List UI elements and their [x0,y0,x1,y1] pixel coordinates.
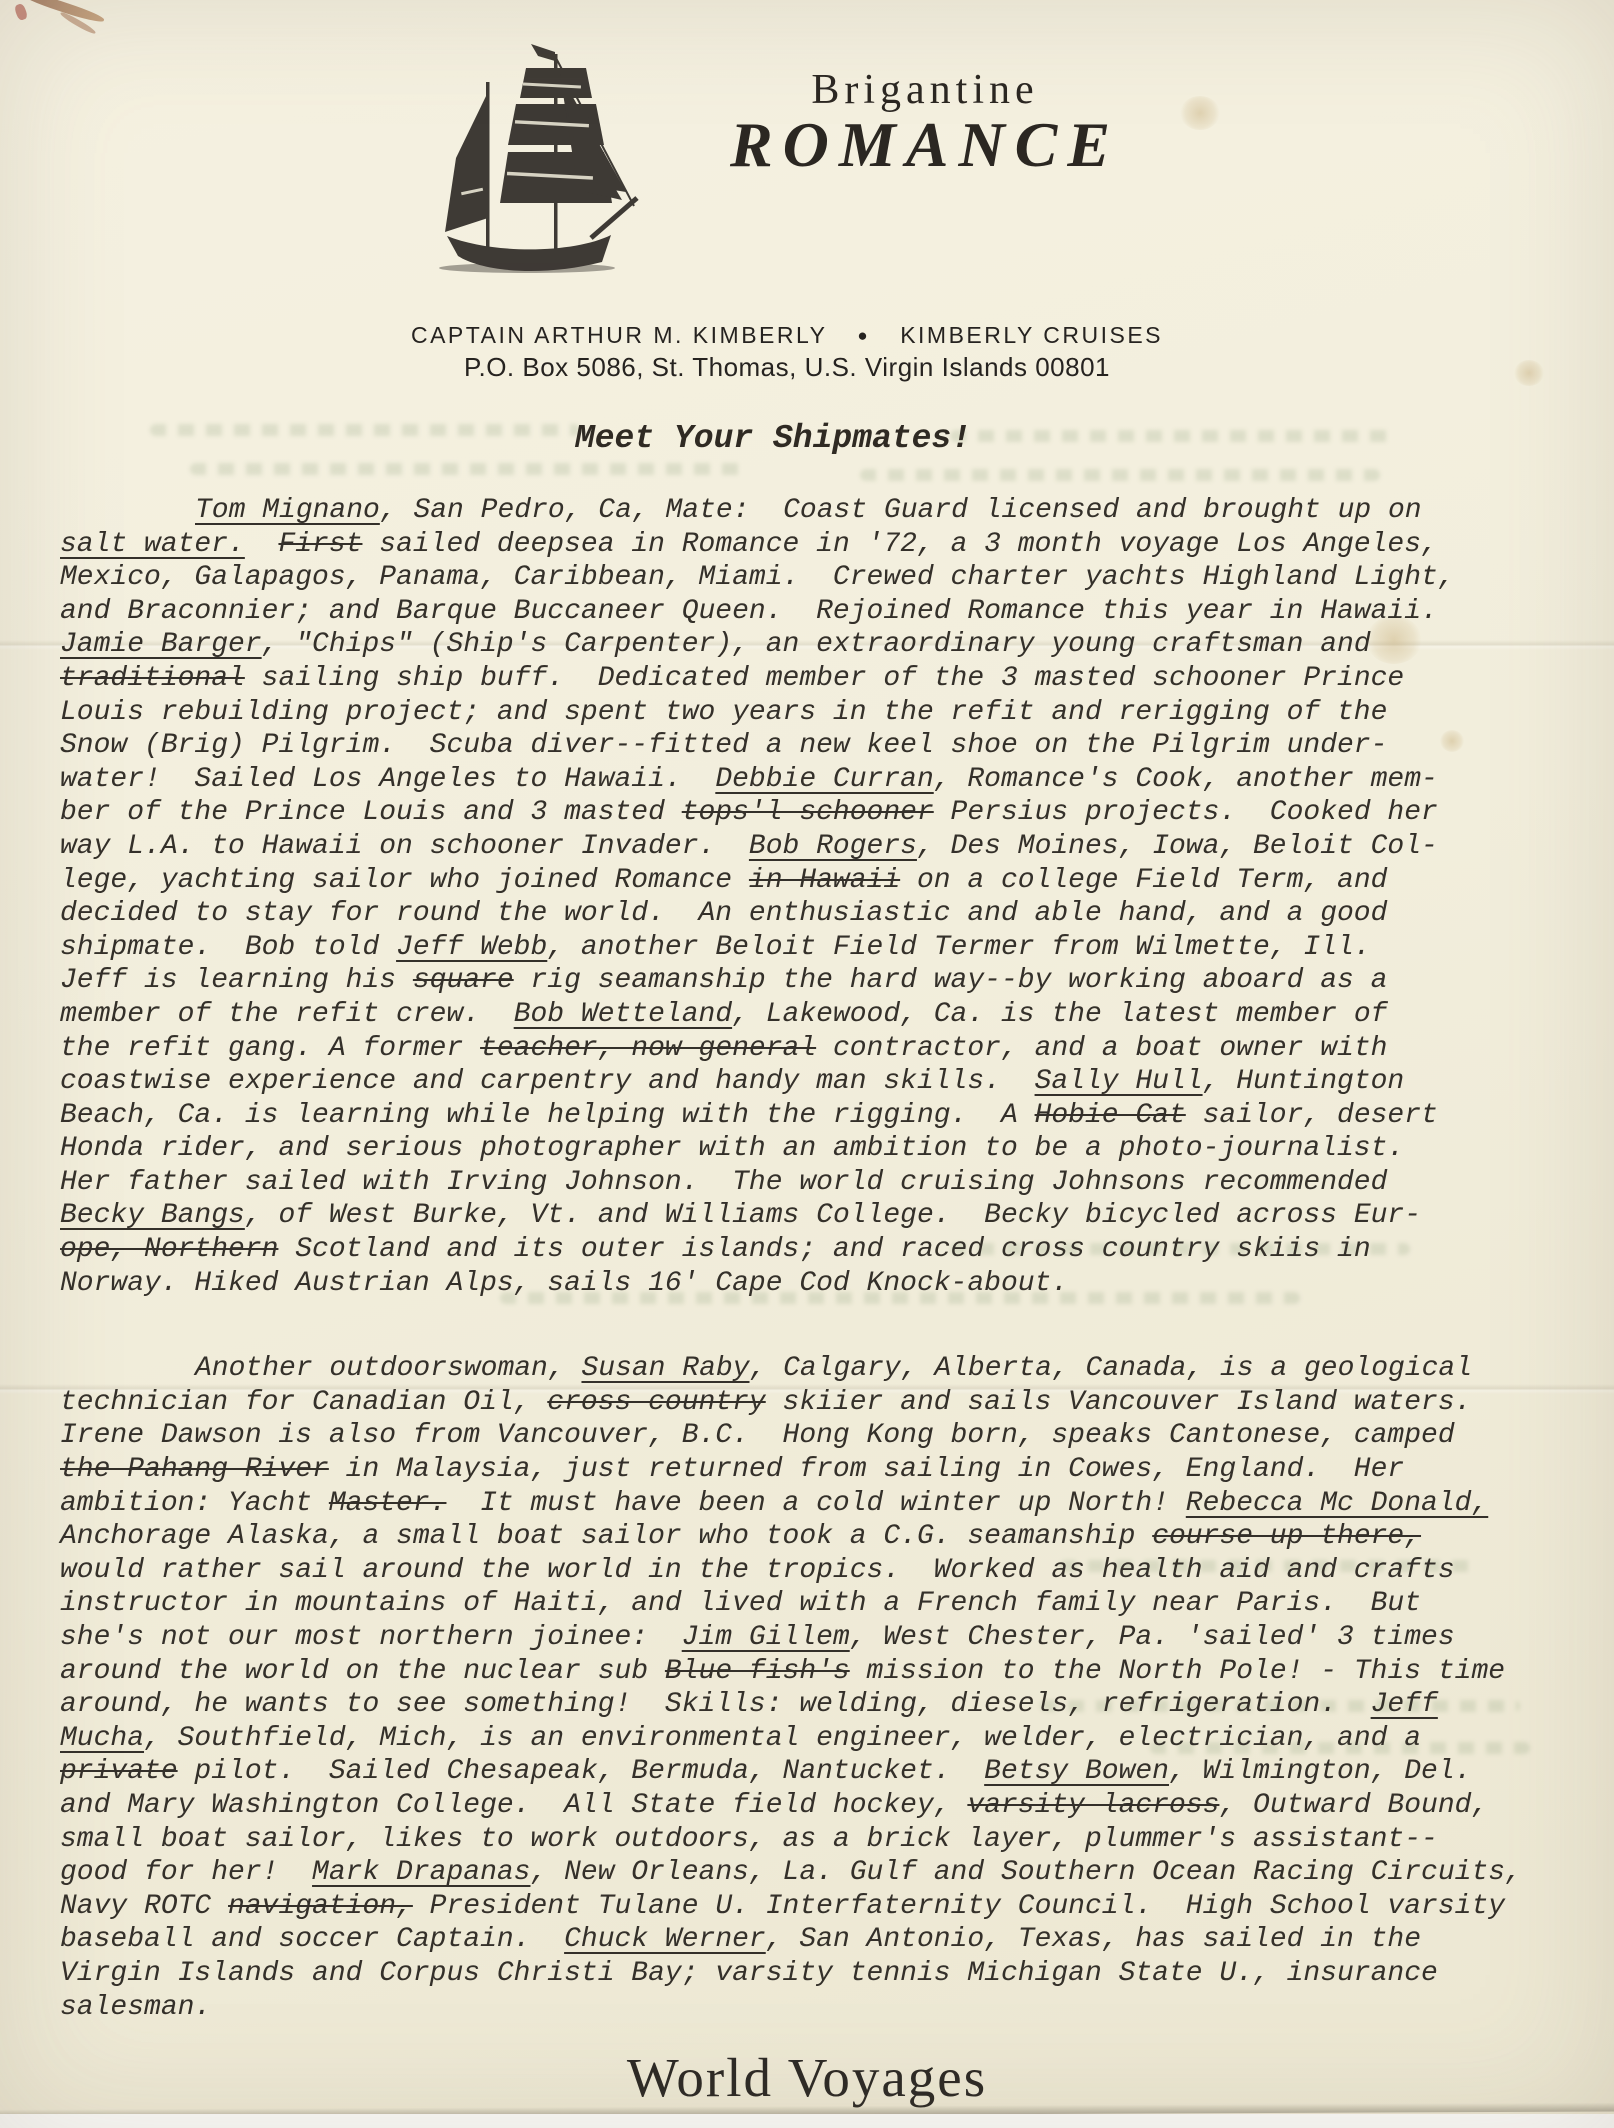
body-line: around, he wants to see something! Skill… [60,1688,1522,1722]
body-line: ambition: Yacht Master. It must have bee… [60,1487,1522,1521]
body-line: Louis rebuilding project; and spent two … [60,696,1522,730]
body-line: Snow (Brig) Pilgrim. Scuba diver--fitted… [60,729,1522,763]
letter-title: Meet Your Shipmates! [0,420,1580,457]
body-line: and Braconnier; and Barque Buccaneer Que… [60,595,1522,629]
address-line: P.O. Box 5086, St. Thomas, U.S. Virgin I… [0,352,1594,383]
body-line: ope, Northern Scotland and its outer isl… [60,1233,1522,1267]
body-line: Tom Mignano, San Pedro, Ca, Mate: Coast … [60,494,1522,528]
body-line: Becky Bangs, of West Burke, Vt. and Will… [60,1199,1522,1233]
brand-name-small: Brigantine [555,66,1295,114]
body-line: Her father sailed with Irving Johnson. T… [60,1166,1522,1200]
body-line: the Pahang River in Malaysia, just retur… [60,1453,1522,1487]
body-line: she's not our most northern joinee: Jim … [60,1621,1522,1655]
body-line: instructor in mountains of Haiti, and li… [60,1587,1522,1621]
body-line: decided to stay for round the world. An … [60,897,1522,931]
paper-bottom-edge [0,2114,1614,2128]
body-line: and Mary Washington College. All State f… [60,1789,1522,1823]
body-line: traditional sailing ship buff. Dedicated… [60,662,1522,696]
body-line: lege, yachting sailor who joined Romance… [60,864,1522,898]
body-line: coastwise experience and carpentry and h… [60,1065,1522,1099]
footer-title: World Voyages [0,2046,1614,2109]
body-line: ber of the Prince Louis and 3 masted top… [60,796,1522,830]
body-line: salt water. First sailed deepsea in Roma… [60,528,1522,562]
body-line: Navy ROTC navigation, President Tulane U… [60,1890,1522,1924]
body-line: member of the refit crew. Bob Wetteland,… [60,998,1522,1032]
paper-tear-mark [14,3,29,21]
body-line: the refit gang. A former teacher, now ge… [60,1032,1522,1066]
body-line: Irene Dawson is also from Vancouver, B.C… [60,1419,1522,1453]
body-line: good for her! Mark Drapanas, New Orleans… [60,1856,1522,1890]
body-line: Beach, Ca. is learning while helping wit… [60,1099,1522,1133]
brand-name-ship: ROMANCE [555,108,1295,182]
captain-line: CAPTAIN ARTHUR M. KIMBERLY●KIMBERLY CRUI… [0,322,1594,349]
body-line: technician for Canadian Oil, cross count… [60,1386,1522,1420]
body-line: Jeff is learning his square rig seamansh… [60,964,1522,998]
company-name: KIMBERLY CRUISES [900,322,1163,348]
body-line: baseball and soccer Captain. Chuck Werne… [60,1923,1522,1957]
body-line: Mexico, Galapagos, Panama, Caribbean, Mi… [60,561,1522,595]
body-line: Jamie Barger, "Chips" (Ship's Carpenter)… [60,628,1522,662]
ink-bleed-through [190,463,750,475]
body-line: water! Sailed Los Angeles to Hawaii. Deb… [60,763,1522,797]
body-line: would rather sail around the world in th… [60,1554,1522,1588]
bullet-separator-icon: ● [857,326,870,346]
body-line: around the world on the nuclear sub Blue… [60,1655,1522,1689]
body-line: Norway. Hiked Austrian Alps, sails 16' C… [60,1267,1522,1301]
ink-bleed-through [860,469,1380,481]
captain-name: CAPTAIN ARTHUR M. KIMBERLY [411,322,827,348]
paragraph: Tom Mignano, San Pedro, Ca, Mate: Coast … [60,494,1522,1300]
body-line: Honda rider, and serious photographer wi… [60,1132,1522,1166]
body-line: way L.A. to Hawaii on schooner Invader. … [60,830,1522,864]
body-line: private pilot. Sailed Chesapeak, Bermuda… [60,1755,1522,1789]
body-line: Mucha, Southfield, Mich, is an environme… [60,1722,1522,1756]
body-line: salesman. [60,1991,1522,2025]
body-line: small boat sailor, likes to work outdoor… [60,1823,1522,1857]
body-line: Another outdoorswoman, Susan Raby, Calga… [60,1352,1522,1386]
paragraph: Another outdoorswoman, Susan Raby, Calga… [60,1352,1522,2024]
letter-scan-page: Brigantine ROMANCE CAPTAIN ARTHUR M. KIM… [0,0,1614,2128]
body-line: Virgin Islands and Corpus Christi Bay; v… [60,1957,1522,1991]
body-line: Anchorage Alaska, a small boat sailor wh… [60,1520,1522,1554]
letter-body: Tom Mignano, San Pedro, Ca, Mate: Coast … [60,494,1522,2024]
body-line: shipmate. Bob told Jeff Webb, another Be… [60,931,1522,965]
